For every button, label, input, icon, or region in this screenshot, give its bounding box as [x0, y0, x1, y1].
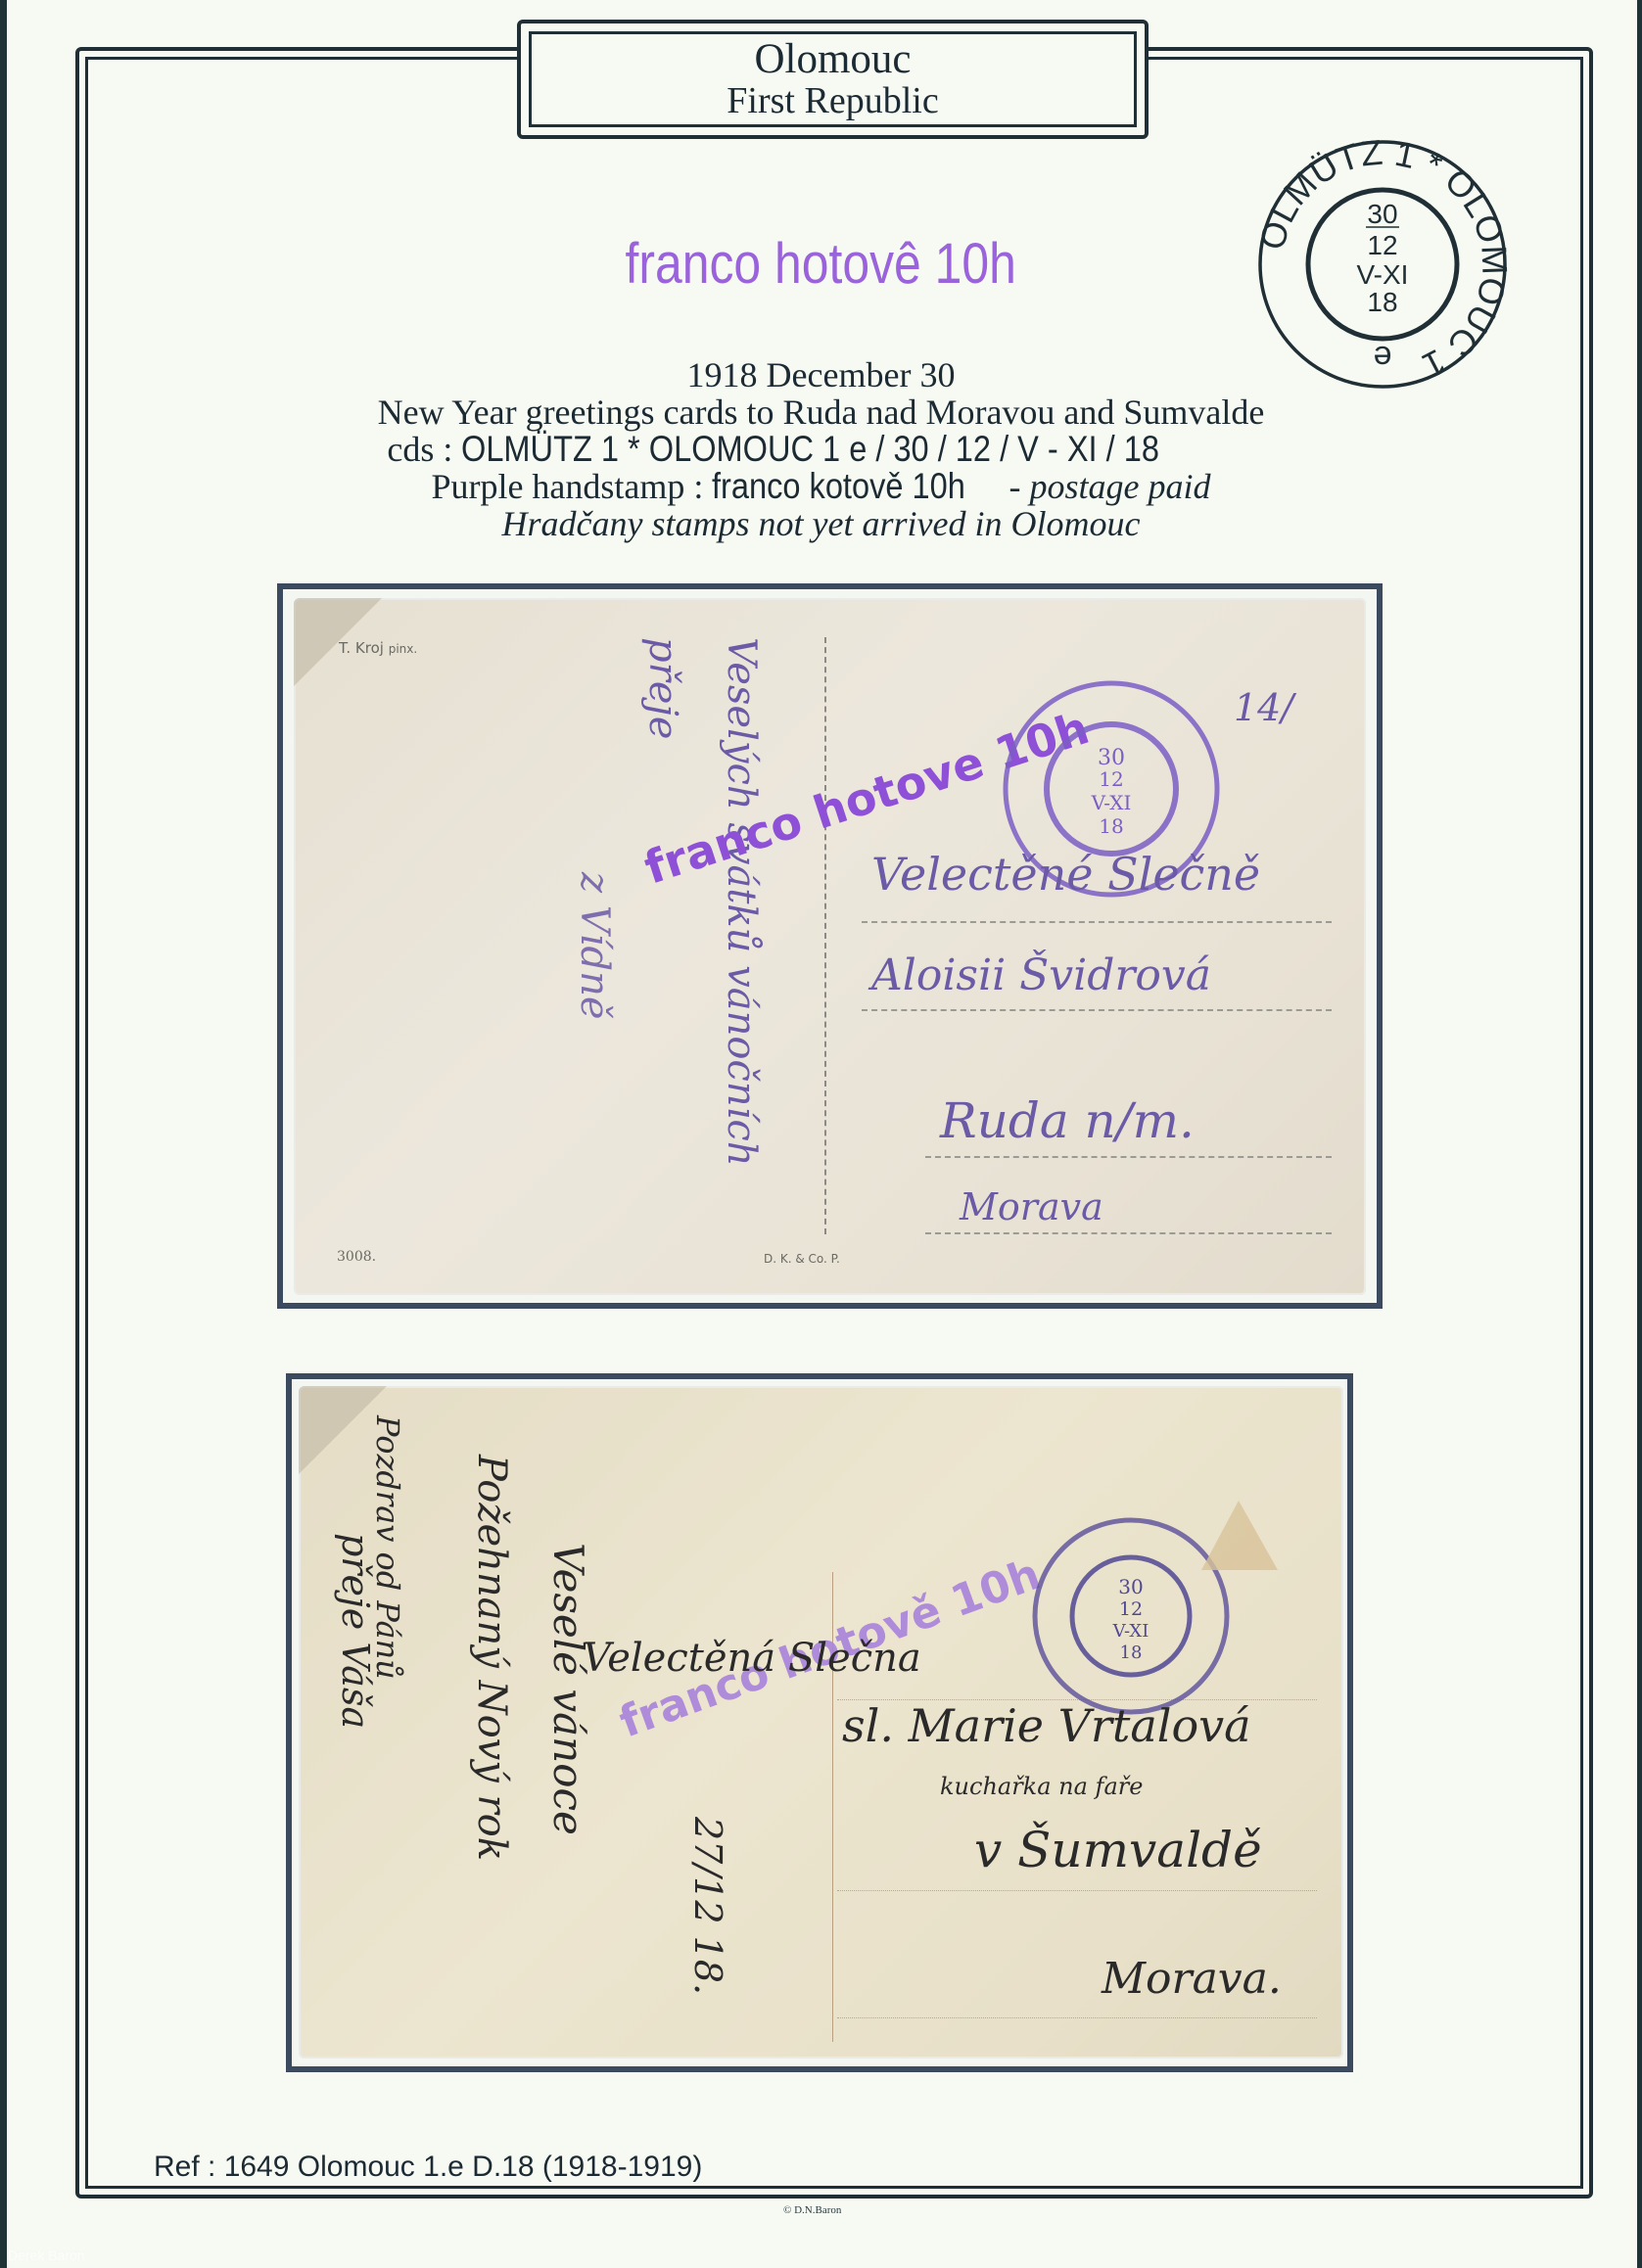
copyright: © D.N.Baron: [783, 2204, 841, 2216]
card-2-address-4: v Šumvaldě: [974, 1822, 1262, 1878]
card-1-address-4: Morava: [960, 1185, 1103, 1228]
description-block: 1918 December 30 New Year greetings card…: [0, 356, 1642, 542]
card-1-address-1: Velectěné Slečně: [871, 848, 1260, 901]
card-2-address-1: Velectěná Slečna: [583, 1636, 921, 1681]
card-2: Pozdrav od Pánů přeje Váša Požehnaný Nov…: [299, 1386, 1343, 2059]
card-1-number: 3008.: [337, 1249, 376, 1265]
handstamp-illustration: franco hotovê 10h: [0, 231, 1642, 297]
handstamp-illustration-text: franco hotovê 10h: [626, 231, 1016, 297]
description-cds: cds : OLMÜTZ 1 * OLOMOUC 1 e / 30 / 12 /…: [0, 431, 1642, 468]
card-1-message-2: přeje: [640, 637, 685, 739]
card-1: T. Kroj pinx. 3008. D. K. & Co. P. Vesel…: [294, 598, 1366, 1295]
cds-text: OLMÜTZ 1 * OLOMOUC 1 e / 30 / 12 / V - X…: [461, 431, 1159, 468]
card-2-address-5: Morava.: [1102, 1954, 1282, 2004]
card-1-message-3: z Vídně: [572, 872, 617, 1020]
description-note: Hradčany stamps not yet arrived in Olomo…: [0, 505, 1642, 542]
svg-text:12: 12: [1119, 1598, 1143, 1620]
address-line: [837, 2017, 1317, 2018]
card-1-divider: [824, 637, 826, 1234]
svg-text:18: 18: [1120, 1643, 1143, 1663]
card-2-message-3: přeje Váša: [334, 1533, 377, 1729]
reference-note: Ref : 1649 Olomouc 1.e D.18 (1918-1919): [154, 2151, 702, 2184]
description-date: 1918 December 30: [0, 356, 1642, 393]
cds-label: cds :: [387, 430, 461, 469]
address-line: [837, 1890, 1317, 1891]
card-2-address-2: sl. Marie Vrtalová: [842, 1699, 1251, 1752]
description-subject: New Year greetings cards to Ruda nad Mor…: [0, 393, 1642, 431]
card-2-message-1: Veselé vánoce: [544, 1543, 592, 1835]
address-line: [862, 921, 1332, 923]
stamp-remnant-triangle: [1199, 1499, 1280, 1572]
handstamp-text: franco kotově 10h: [712, 468, 965, 505]
svg-text:30: 30: [1118, 1575, 1143, 1598]
page-subtitle: First Republic: [727, 81, 938, 120]
card-2-message-2: Požehnaný Nový rok: [469, 1455, 514, 1861]
svg-text:30: 30: [1367, 199, 1397, 229]
card-1-publisher: D. K. & Co. P.: [764, 1252, 840, 1266]
card-1-message-1: Veselých svátků vánočních: [719, 637, 764, 1167]
svg-text:18: 18: [1099, 814, 1123, 838]
card-2-date: 27/12 18.: [686, 1817, 729, 1995]
card-1-address-2: Aloisii Švidrová: [871, 950, 1211, 1000]
address-line: [925, 1156, 1332, 1158]
page-title: Olomouc: [754, 38, 911, 81]
postage-paid-note: postage paid: [1030, 467, 1211, 506]
svg-text:12: 12: [1099, 767, 1123, 791]
svg-text:V-XI: V-XI: [1091, 791, 1132, 814]
card-1-annotation: 14/: [1234, 686, 1293, 729]
description-handstamp: Purple handstamp : franco kotově 10h - p…: [0, 468, 1642, 505]
watermark: Derek Baron: [8, 2247, 85, 2263]
scan-edge-left: [0, 0, 7, 2268]
separator: -: [1001, 467, 1030, 506]
address-line: [862, 1009, 1332, 1011]
svg-text:V-XI: V-XI: [1112, 1621, 1149, 1642]
card-1-address-3: Ruda n/m.: [940, 1092, 1195, 1149]
title-box: Olomouc First Republic: [517, 20, 1149, 139]
card-2-address-3: kuchařka na faře: [940, 1773, 1143, 1800]
address-line: [925, 1232, 1332, 1234]
card-1-artist: T. Kroj pinx.: [339, 639, 417, 657]
handstamp-label: Purple handstamp :: [431, 467, 712, 506]
scan-edge-right: [1637, 0, 1642, 2268]
